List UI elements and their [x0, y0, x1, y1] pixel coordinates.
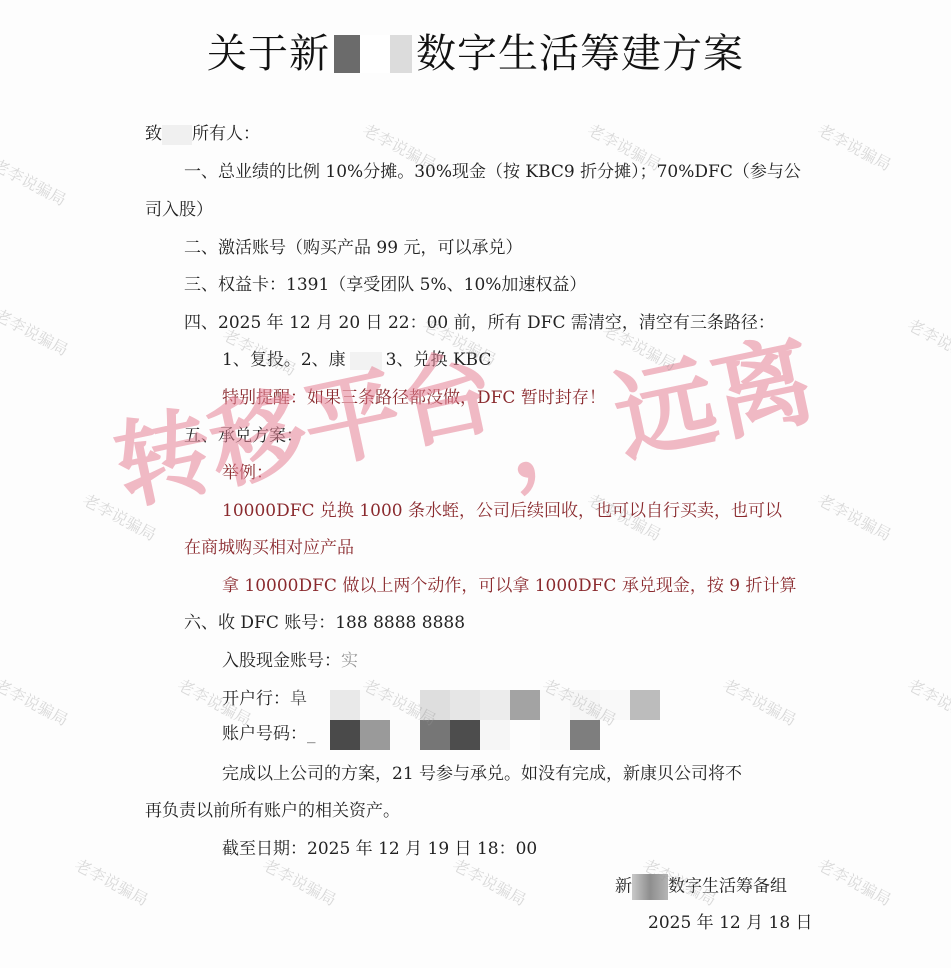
item-6: 六、收 DFC 账号：188 8888 8888: [184, 611, 465, 635]
watermark: 老李说骗局: [719, 673, 800, 731]
redaction-block: [330, 720, 360, 750]
watermark: 老李说骗局: [814, 488, 895, 546]
watermark: 老李说骗局: [259, 853, 340, 911]
salutation-prefix: 致: [145, 124, 162, 144]
title-redaction: [330, 35, 360, 73]
redaction-block: [360, 690, 390, 720]
redaction-block: [450, 720, 480, 750]
redaction-block: [330, 690, 360, 720]
redaction-block: [540, 720, 570, 750]
salutation-suffix: 所有人：: [192, 124, 260, 144]
bank-label: 开户行：: [222, 689, 290, 709]
watermark: 老李说骗局: [0, 303, 73, 361]
item-5-example-line-3: 拿 10000DFC 做以上两个动作，可以拿 1000DFC 承兑现金，按 9 …: [222, 574, 796, 598]
title-suffix: 数字生活筹建方案: [416, 31, 744, 77]
account-number-redaction: [330, 720, 600, 750]
redaction-block: [480, 690, 510, 720]
bank-redaction: [330, 690, 660, 720]
title-redaction: [360, 35, 390, 73]
item-1-line-2: 司入股）: [145, 198, 213, 222]
signature-redaction: [632, 874, 668, 900]
signature-suffix: 数字生活筹备组: [668, 877, 787, 897]
item-4: 四、2025 年 12 月 20 日 22：00 前，所有 DFC 需清空，清空…: [184, 311, 775, 335]
account-number-partial: _: [307, 724, 316, 744]
redaction-block: [570, 720, 600, 750]
redaction-block: [420, 690, 450, 720]
redaction-block: [570, 690, 600, 720]
closing-line-1: 完成以上公司的方案，21 号参与承兑。如没有完成，新康贝公司将不: [222, 762, 742, 786]
bank-line: 开户行：阜: [222, 687, 307, 711]
item-2: 二、激活账号（购买产品 99 元，可以承兑）: [184, 236, 522, 260]
redaction-block: [420, 720, 450, 750]
document-page: 关于新数字生活筹建方案 致所有人： 一、总业绩的比例 10%分摊。30%现金（按…: [0, 0, 951, 968]
redaction-block: [600, 690, 630, 720]
redaction-block: [540, 690, 570, 720]
item-5-example-label: 举例：: [222, 461, 273, 485]
item-5-example-line-2: 在商城购买相对应产品: [184, 536, 354, 560]
item-4-path-b: 3、兑换 KBC: [386, 350, 492, 370]
signature-prefix: 新: [615, 877, 632, 897]
item-5-example-line-1: 10000DFC 兑换 1000 条水蛭，公司后续回收，也可以自行买卖，也可以: [222, 499, 782, 523]
watermark: 老李说骗局: [79, 488, 160, 546]
item-1-line-1: 一、总业绩的比例 10%分摊。30%现金（按 KBC9 折分摊）；70%DFC（…: [184, 160, 801, 184]
path-redaction: [350, 352, 382, 370]
redaction-block: [480, 720, 510, 750]
watermark: 老李说骗局: [814, 853, 895, 911]
item-4-paths: 1、复投。2、康3、兑换 KBC: [222, 348, 491, 372]
cash-account: 入股现金账号：实: [222, 649, 358, 673]
redaction-block: [510, 690, 540, 720]
redaction-block: [630, 690, 660, 720]
redaction-block: [450, 690, 480, 720]
cash-account-label: 入股现金账号：: [222, 651, 341, 671]
overlay-text-comma: ，: [490, 351, 612, 505]
watermark: 老李说骗局: [904, 313, 951, 371]
redaction-block: [360, 720, 390, 750]
signature-date: 2025 年 12 月 18 日: [648, 911, 813, 935]
signature-group: 新数字生活筹备组: [615, 874, 787, 900]
account-number-label: 账户号码：: [222, 724, 307, 744]
title-redaction: [390, 35, 412, 73]
redaction-block: [390, 720, 420, 750]
watermark: 老李说骗局: [71, 853, 152, 911]
salutation-redaction: [162, 125, 192, 145]
redaction-block: [390, 690, 420, 720]
watermark: 老李说骗局: [904, 673, 951, 731]
item-3: 三、权益卡：1391（享受团队 5%、10%加速权益）: [184, 273, 586, 297]
watermark: 老李说骗局: [0, 153, 71, 211]
closing-line-2: 再负责以前所有账户的相关资产。: [145, 799, 400, 823]
cash-account-partial: 实: [341, 651, 358, 671]
redaction-block: [510, 720, 540, 750]
watermark: 老李说骗局: [449, 853, 530, 911]
salutation: 致所有人：: [145, 122, 260, 146]
watermark: 老李说骗局: [0, 673, 73, 731]
account-number-line: 账户号码：_: [222, 722, 316, 746]
title-prefix: 关于新: [207, 31, 330, 77]
bank-partial: 阜: [290, 689, 307, 709]
deadline: 截至日期：2025 年 12 月 19 日 18：00: [222, 837, 537, 861]
item-4-reminder: 特别提醒：如果三条路径都没做，DFC 暂时封存！: [222, 386, 606, 410]
document-title: 关于新数字生活筹建方案: [0, 26, 951, 82]
item-5: 五、承兑方案：: [184, 424, 303, 448]
watermark: 老李说骗局: [814, 118, 895, 176]
item-4-path-a: 1、复投。2、康: [222, 350, 346, 370]
